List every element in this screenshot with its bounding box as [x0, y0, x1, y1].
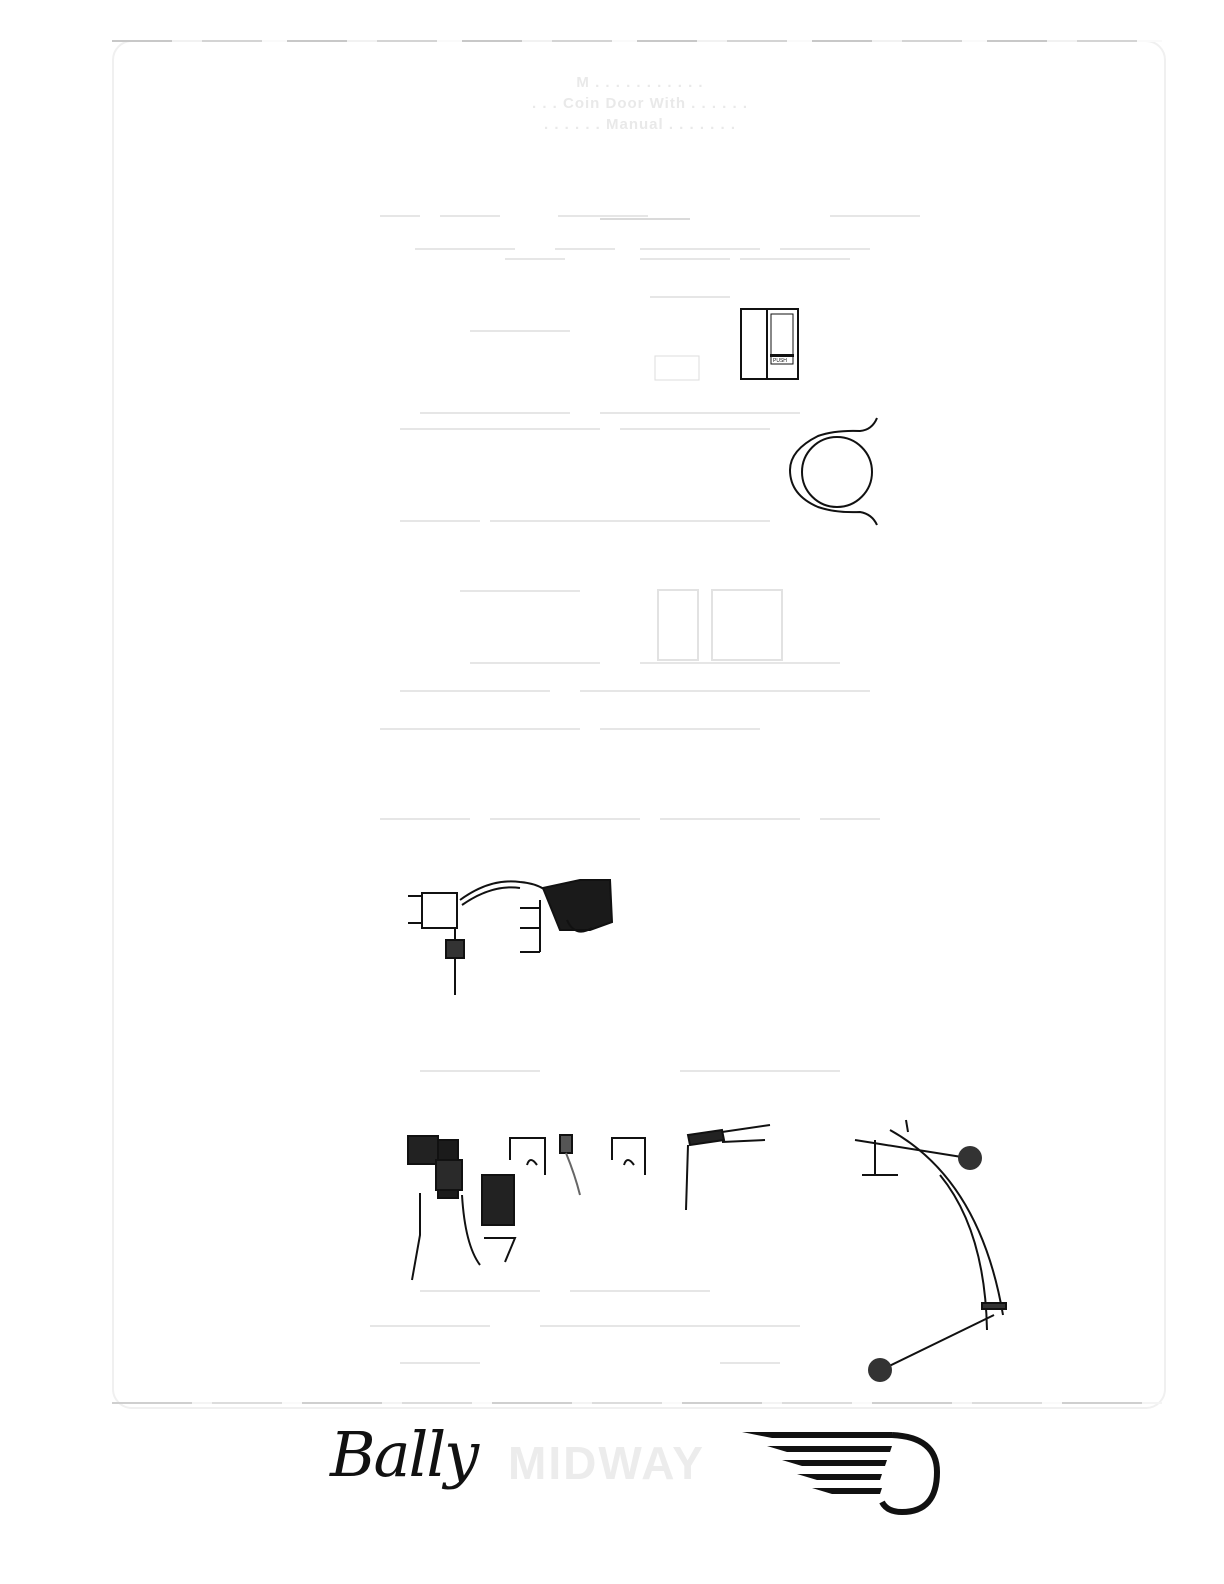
midway-wing-logo-icon: [742, 1432, 942, 1522]
coin-slot-diagram: [790, 418, 877, 525]
push-label: PUSH: [773, 358, 787, 364]
bally-wordmark: Bally: [330, 1418, 477, 1491]
coin-door-diagram: PUSH: [655, 309, 798, 380]
coin-box-diagram: [658, 590, 782, 660]
midway-wordmark: MIDWAY: [508, 1436, 705, 1490]
coin-counter-assembly: [408, 1120, 1006, 1382]
diagrams: PUSH: [0, 0, 1224, 1584]
coin-mechanism-wiring: [408, 880, 612, 995]
